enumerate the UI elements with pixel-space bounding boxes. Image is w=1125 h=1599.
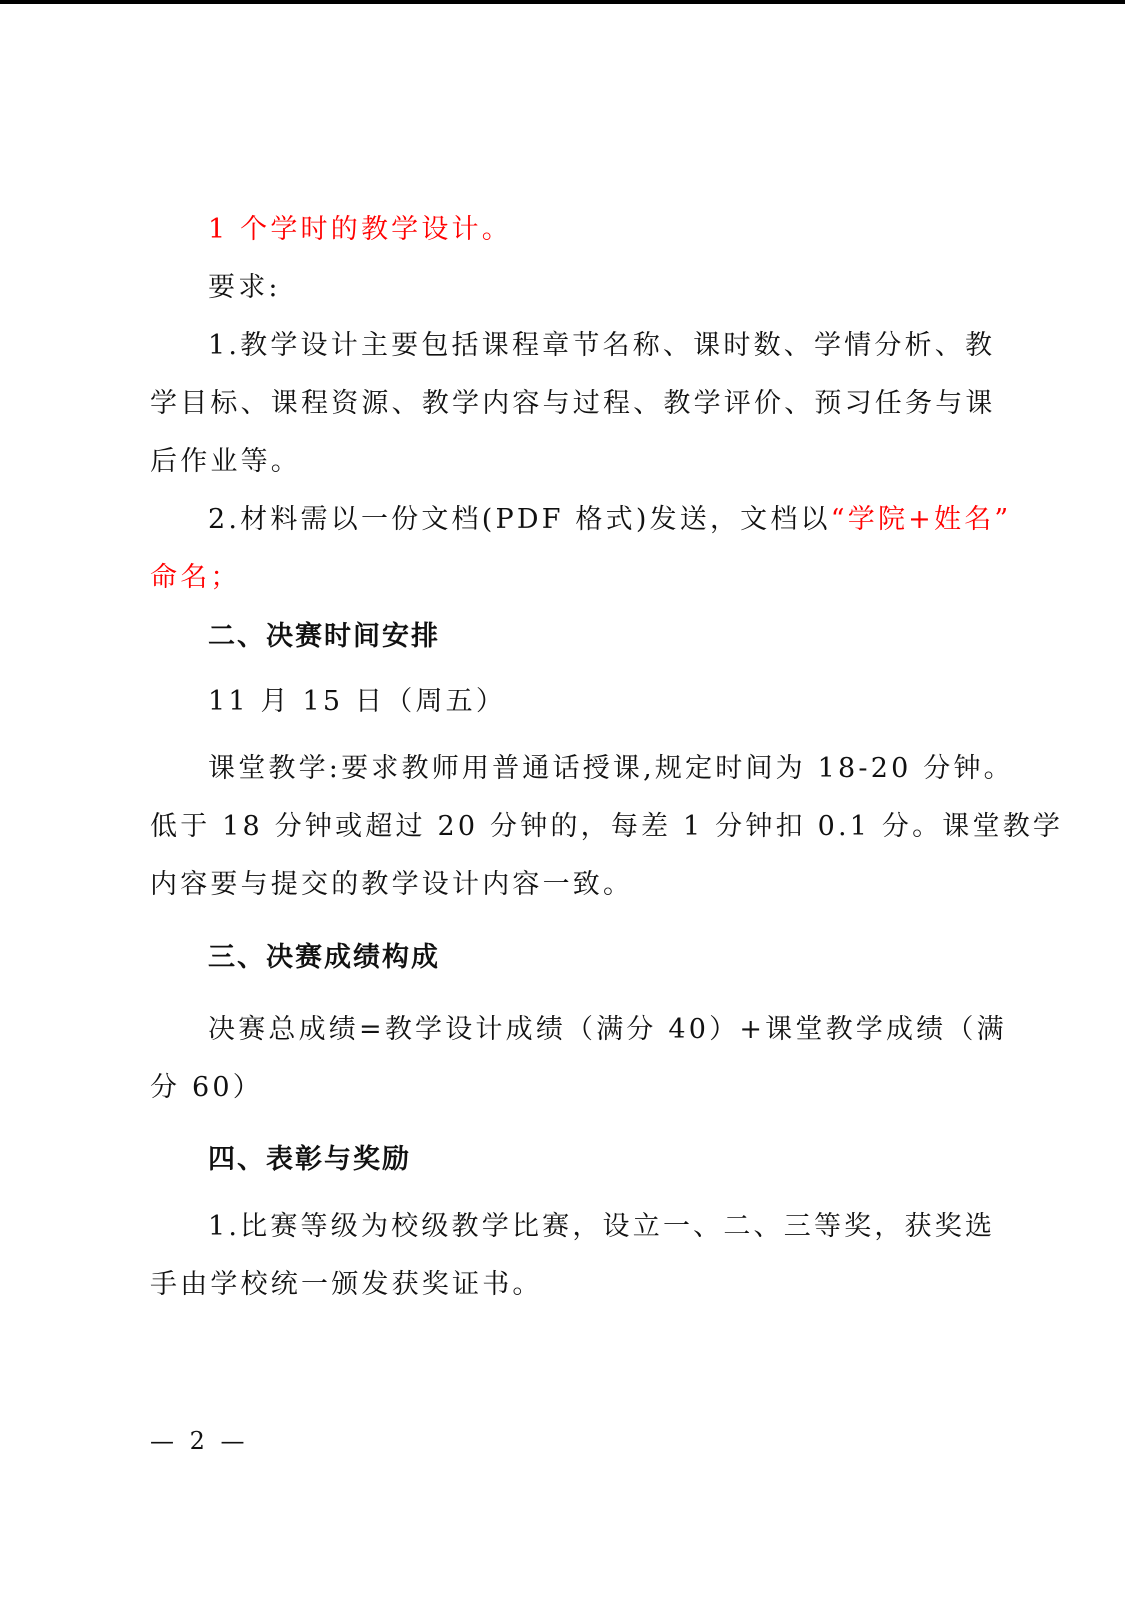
section-heading-schedule: 二、决赛时间安排 — [208, 620, 1038, 654]
filename-format-highlight: “学院+姓名” — [831, 504, 1012, 535]
requirement-2-line-1: 2.材料需以一份文档(PDF 格式)发送，文档以“学院+姓名” — [208, 503, 1038, 537]
requirement-1-line-1: 1.教学设计主要包括课程章节名称、课时数、学情分析、教 — [208, 329, 1038, 363]
award-line-1: 1.比赛等级为校级教学比赛，设立一、二、三等奖，获奖选 — [208, 1210, 1038, 1244]
section-heading-scoring: 三、决赛成绩构成 — [208, 941, 1038, 975]
teaching-rule-line-3: 内容要与提交的教学设计内容一致。 — [150, 868, 980, 902]
teaching-rule-line-2: 低于 18 分钟或超过 20 分钟的，每差 1 分钟扣 0.1 分。课堂教学 — [150, 810, 980, 844]
requirements-label: 要求: — [208, 271, 1038, 305]
top-border — [0, 0, 1125, 4]
requirement-2-line-2: 命名； — [150, 561, 980, 595]
score-formula-line-1: 决赛总成绩=教学设计成绩（满分 40）+课堂教学成绩（满 — [208, 1013, 1038, 1047]
requirement-2-text: 2.材料需以一份文档(PDF 格式)发送，文档以 — [208, 504, 831, 535]
award-line-2: 手由学校统一颁发获奖证书。 — [150, 1268, 980, 1302]
section-heading-awards: 四、表彰与奖励 — [208, 1143, 1038, 1177]
final-date: 11 月 15 日（周五） — [208, 685, 1038, 719]
page-number: — 2 — — [150, 1426, 249, 1456]
score-formula-line-2: 分 60） — [150, 1071, 980, 1105]
design-hours-line: 1 个学时的教学设计。 — [208, 213, 1038, 247]
teaching-rule-line-1: 课堂教学:要求教师用普通话授课,规定时间为 18-20 分钟。 — [208, 752, 1038, 786]
requirement-1-line-2: 学目标、课程资源、教学内容与过程、教学评价、预习任务与课 — [150, 387, 980, 421]
requirement-1-line-3: 后作业等。 — [150, 445, 980, 479]
